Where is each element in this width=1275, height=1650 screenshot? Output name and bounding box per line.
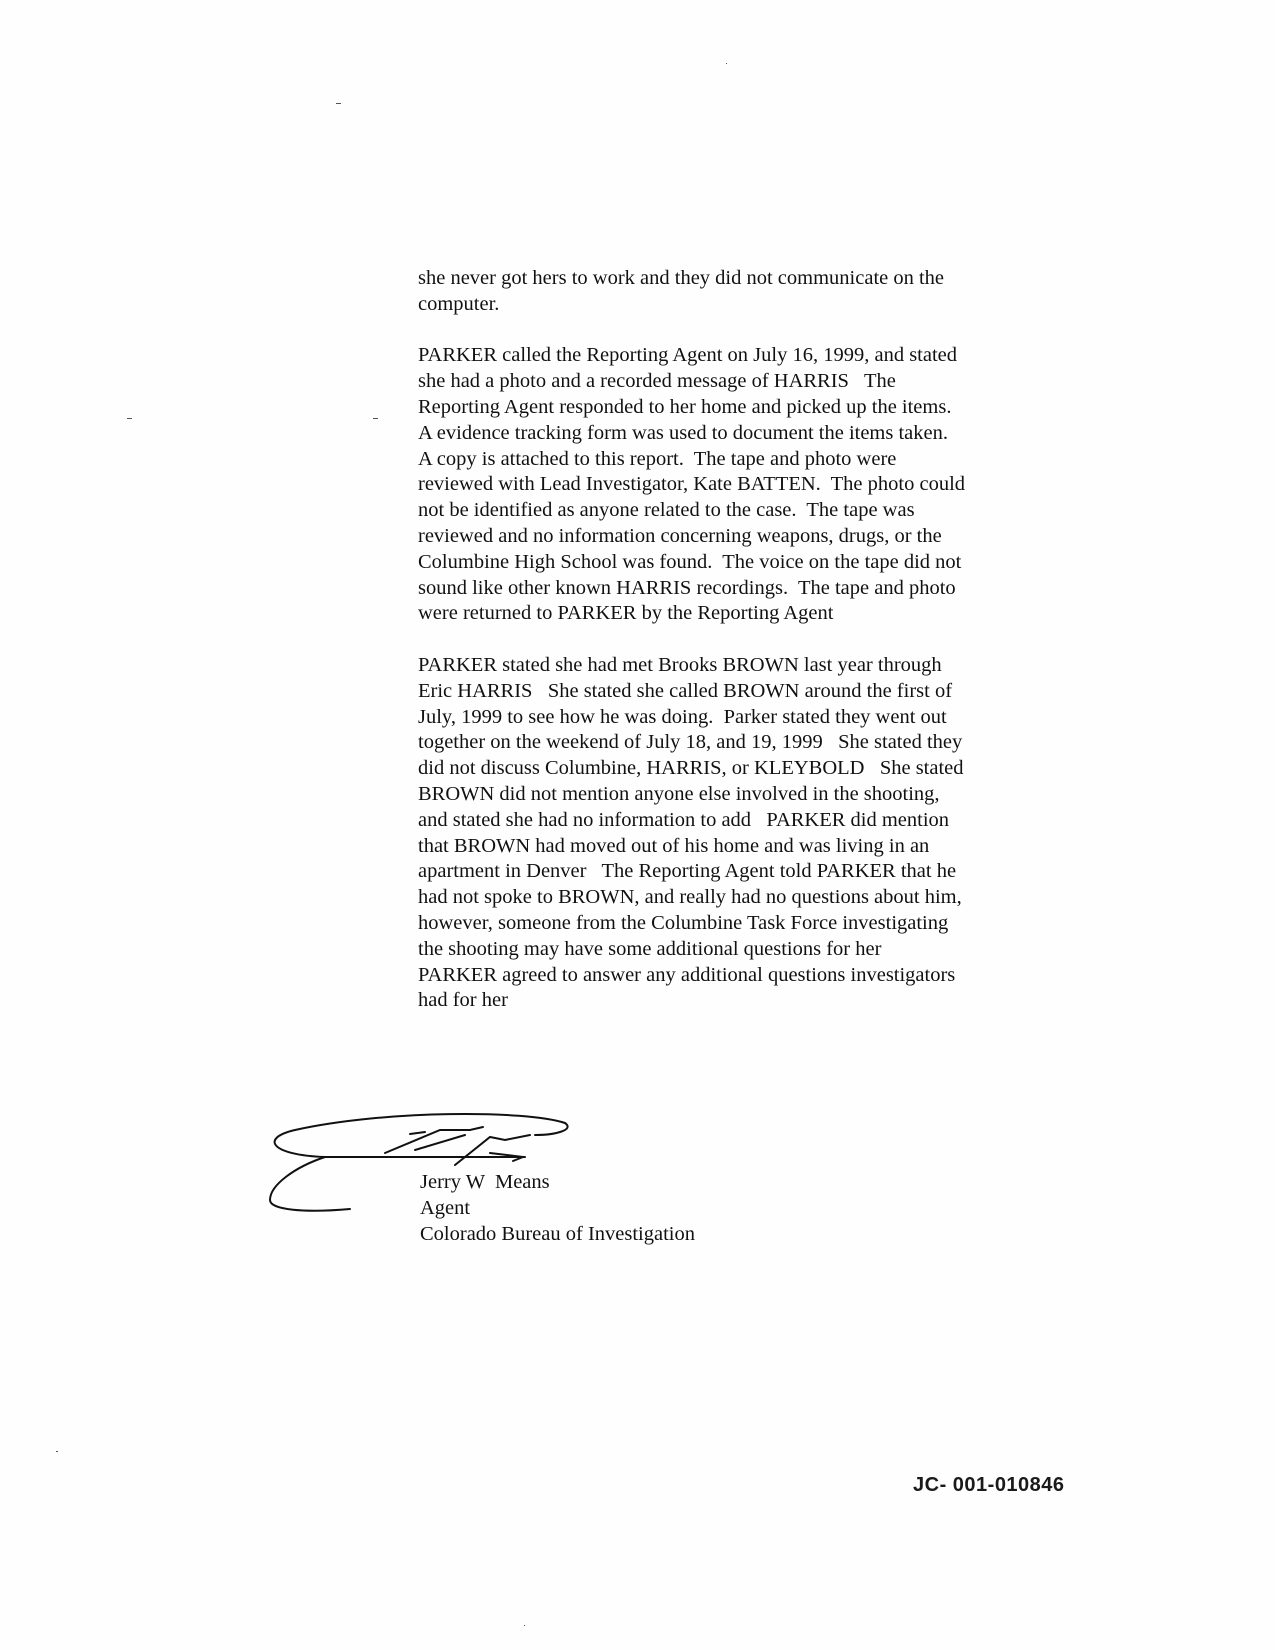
text-line: computer. bbox=[418, 292, 1038, 318]
text-line: reviewed and no information concerning w… bbox=[418, 524, 1038, 550]
text-line: that BROWN had moved out of his home and… bbox=[418, 834, 1038, 860]
signer-organization: Colorado Bureau of Investigation bbox=[420, 1221, 695, 1247]
text-line: were returned to PARKER by the Reporting… bbox=[418, 601, 1038, 627]
paragraph-3: PARKER stated she had met Brooks BROWN l… bbox=[418, 653, 1038, 1014]
text-line: reviewed with Lead Investigator, Kate BA… bbox=[418, 472, 1038, 498]
text-line: and stated she had no information to add… bbox=[418, 808, 1038, 834]
text-line: not be identified as anyone related to t… bbox=[418, 498, 1038, 524]
text-line: however, someone from the Columbine Task… bbox=[418, 911, 1038, 937]
scan-artifact bbox=[127, 418, 132, 419]
signer-title: Agent bbox=[420, 1195, 695, 1221]
text-line: PARKER stated she had met Brooks BROWN l… bbox=[418, 653, 1038, 679]
scan-artifact bbox=[726, 63, 727, 64]
text-line: had not spoke to BROWN, and really had n… bbox=[418, 885, 1038, 911]
text-line: sound like other known HARRIS recordings… bbox=[418, 576, 1038, 602]
text-line: BROWN did not mention anyone else involv… bbox=[418, 782, 1038, 808]
paragraph-1: she never got hers to work and they did … bbox=[418, 266, 1038, 318]
document-id: JC- 001-010846 bbox=[913, 1474, 1065, 1497]
text-line: she never got hers to work and they did … bbox=[418, 266, 1038, 292]
text-line: A evidence tracking form was used to doc… bbox=[418, 421, 1038, 447]
signer-name: Jerry W Means bbox=[420, 1169, 695, 1195]
text-line: Columbine High School was found. The voi… bbox=[418, 550, 1038, 576]
text-line: the shooting may have some additional qu… bbox=[418, 937, 1038, 963]
report-body: she never got hers to work and they did … bbox=[418, 266, 1038, 1040]
text-line: apartment in Denver The Reporting Agent … bbox=[418, 859, 1038, 885]
text-line: A copy is attached to this report. The t… bbox=[418, 447, 1038, 473]
text-line: had for her bbox=[418, 988, 1038, 1014]
paragraph-2: PARKER called the Reporting Agent on Jul… bbox=[418, 343, 1038, 627]
scan-artifact bbox=[56, 1451, 58, 1452]
scan-artifact bbox=[336, 103, 341, 104]
signature-block: Jerry W Means Agent Colorado Bureau of I… bbox=[420, 1169, 695, 1247]
text-line: she had a photo and a recorded message o… bbox=[418, 369, 1038, 395]
text-line: PARKER called the Reporting Agent on Jul… bbox=[418, 343, 1038, 369]
text-line: Reporting Agent responded to her home an… bbox=[418, 395, 1038, 421]
text-line: Eric HARRIS She stated she called BROWN … bbox=[418, 679, 1038, 705]
text-line: July, 1999 to see how he was doing. Park… bbox=[418, 705, 1038, 731]
scan-artifact bbox=[524, 1625, 525, 1626]
text-line: PARKER agreed to answer any additional q… bbox=[418, 963, 1038, 989]
scan-artifact bbox=[373, 418, 378, 419]
text-line: did not discuss Columbine, HARRIS, or KL… bbox=[418, 756, 1038, 782]
document-page: she never got hers to work and they did … bbox=[0, 0, 1275, 1650]
text-line: together on the weekend of July 18, and … bbox=[418, 730, 1038, 756]
